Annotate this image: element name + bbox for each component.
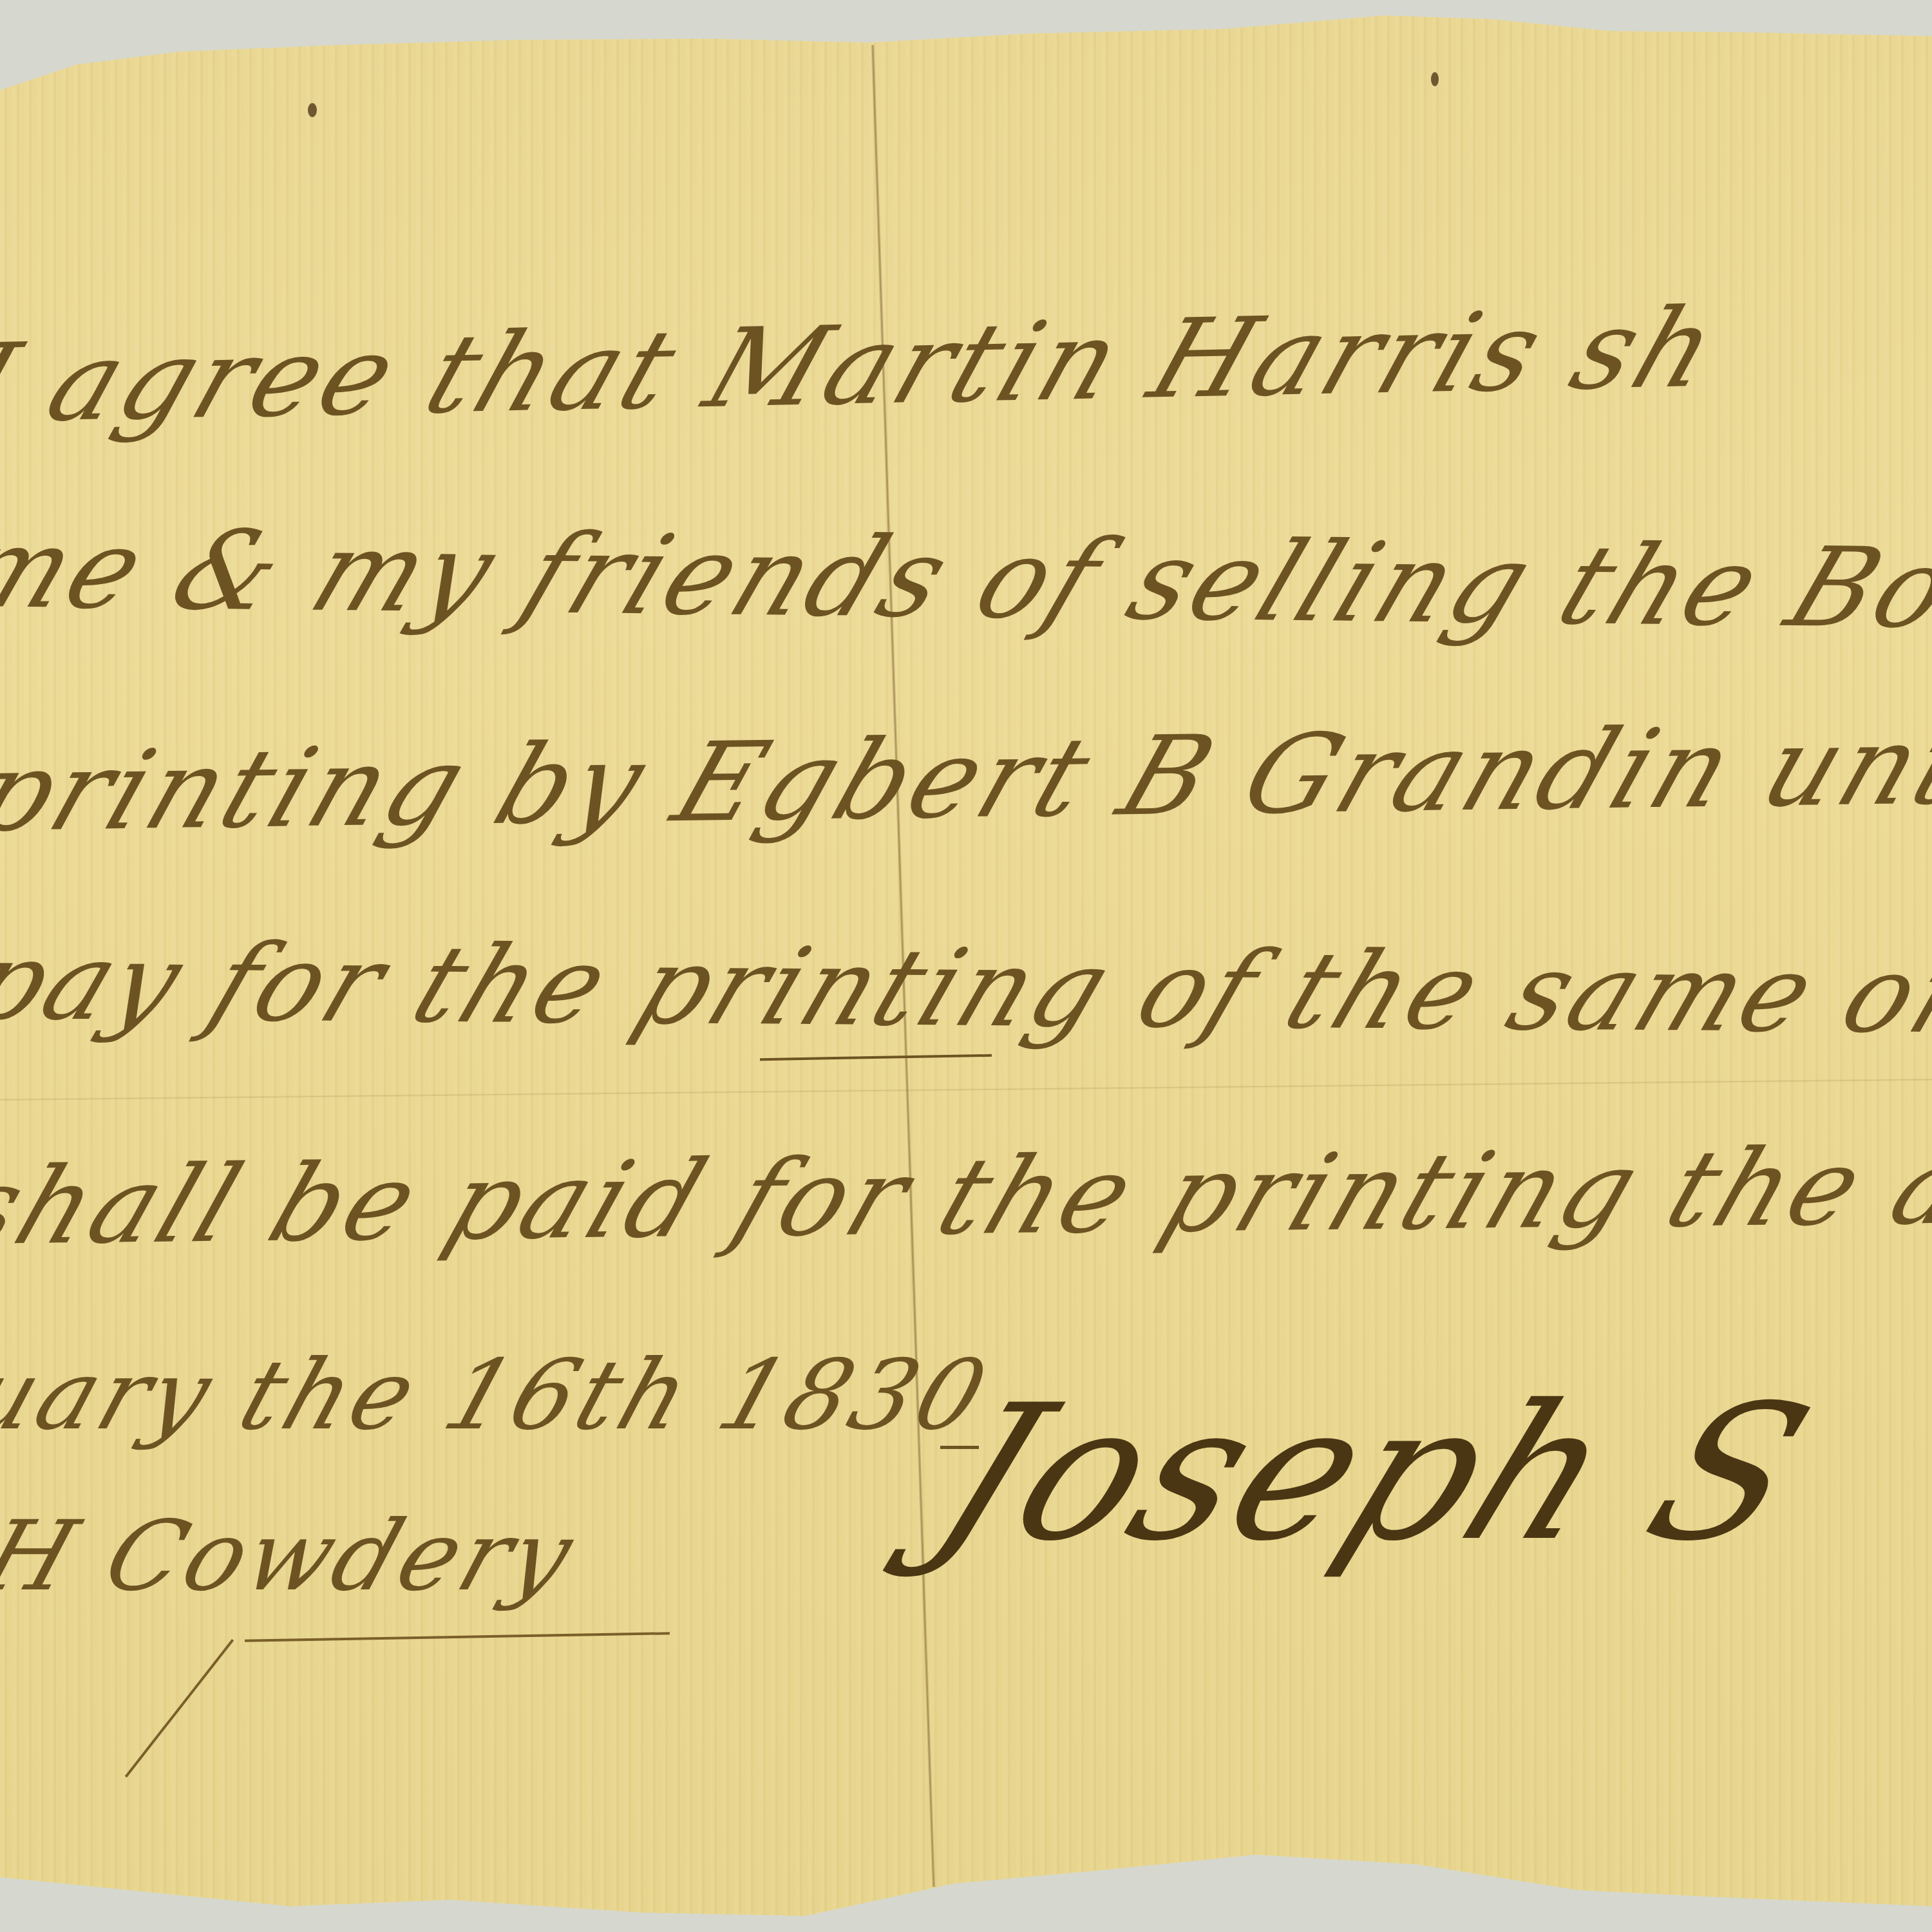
text-line-1: I agree that Martin Harris sh bbox=[0, 285, 1736, 448]
witness-signature: H Cowdery bbox=[0, 1501, 589, 1613]
manuscript-paper: I agree that Martin Harris sh me & my fr… bbox=[0, 0, 1932, 1932]
text-line-3: printing by Egbert B Grandin until bbox=[0, 701, 1932, 857]
date-line: uary the 16th 1830 bbox=[0, 1340, 1003, 1452]
text-line-2: me & my friends of selling the Bo bbox=[0, 505, 1932, 653]
text-line-5: shall be paid for the printing the afore bbox=[0, 1122, 1932, 1269]
joseph-smith-signature: Joseph S bbox=[909, 1365, 1839, 1582]
printing-underline bbox=[760, 1054, 992, 1061]
ink-spot bbox=[308, 103, 317, 117]
witness-flourish-tail bbox=[125, 1639, 234, 1777]
witness-flourish bbox=[245, 1632, 670, 1642]
text-line-4: pay for the printing of the same or unti bbox=[0, 920, 1932, 1059]
horizontal-fold-crease bbox=[0, 1078, 1932, 1101]
ink-spot bbox=[1431, 72, 1439, 86]
